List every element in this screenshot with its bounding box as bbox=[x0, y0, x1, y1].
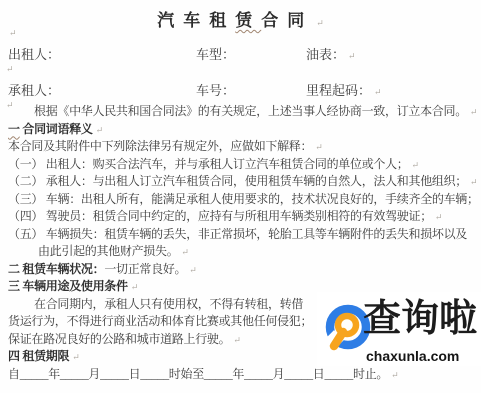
paragraph-mark: ↵ bbox=[470, 177, 478, 187]
section-2-heading: 二 租赁车辆状况：一切正常良好。↵ bbox=[8, 261, 481, 279]
intro-text: 根据《中华人民共和国合同法》的有关规定，上述当事人经协商一致，订立本合同。 bbox=[34, 104, 467, 118]
fuel-gauge-field: 油表：↵ bbox=[306, 44, 356, 63]
paragraph-mark: ↵ bbox=[412, 160, 420, 170]
document-title: 汽车租赁合同↵ bbox=[0, 6, 481, 31]
title-text-pre: 汽车租 bbox=[157, 11, 235, 30]
clause-item-2-text: （二） 承租人：与出租人订立汽车租赁合同，使用租赁车辆的自然人，法人和其他组织； bbox=[8, 174, 467, 188]
lessor-label-field: 出租人： bbox=[8, 44, 60, 63]
section-2-text: 一切正常良好。 bbox=[104, 262, 186, 276]
clause-item-1: （一） 出租人：购买合法汽车，并与承租人订立汽车租赁合同的单位或个人；↵ bbox=[8, 156, 481, 174]
section-2-label: 二 租赁车辆状况： bbox=[8, 262, 104, 276]
rental-period-blank-text: 自_____年_____月_____日_____时始至_____年_____月_… bbox=[8, 367, 388, 381]
plate-number-label: 车号： bbox=[196, 83, 235, 98]
paragraph-mark: ↵ bbox=[131, 282, 139, 292]
lessor-label: 出租人： bbox=[8, 47, 60, 62]
paragraph-mark: ↵ bbox=[181, 247, 189, 257]
section-1-lead-text: 本合同及其附件中下列除法律另有规定外，应做如下解释： bbox=[8, 139, 312, 153]
paragraph-mark: ↵ bbox=[391, 370, 399, 380]
plate-number-field: 车号： bbox=[196, 80, 235, 99]
paragraph-mark: ↵ bbox=[96, 125, 104, 135]
paragraph-mark: ↵ bbox=[189, 265, 197, 275]
section-3-paragraph-1-text: 在合同期内，承租人只有使用权，不得有转租，转借 bbox=[34, 297, 303, 311]
section-1-lead: 本合同及其附件中下列除法律另有规定外，应做如下解释：↵ bbox=[8, 138, 481, 156]
paragraph-mark: ↵ bbox=[348, 51, 356, 61]
clause-item-5: （五） 车辆损失：租赁车辆的丢失，非正常损坏，轮胎工具等车辆附件的丢失和损坏以及 bbox=[8, 226, 481, 244]
clause-item-5-continuation-text: 由此引起的其他财产损失。 bbox=[38, 244, 178, 258]
paragraph-mark: ↵ bbox=[6, 64, 14, 75]
rental-period-blank-line: 自_____年_____月_____日_____时始至_____年_____月_… bbox=[8, 366, 481, 384]
lessee-label: 承租人： bbox=[8, 83, 60, 98]
section-1-number: 一 bbox=[8, 122, 20, 136]
clause-item-2: （二） 承租人：与出租人订立汽车租赁合同，使用租赁车辆的自然人，法人和其他组织；… bbox=[8, 173, 481, 191]
section-1-title: 合同词语释义 bbox=[20, 122, 93, 136]
car-model-field: 车型： bbox=[196, 44, 235, 63]
clause-item-3-text: （三） 车辆：出租人所有，能满足承租人使用要求的，技术状况良好的，手续齐全的车辆… bbox=[8, 192, 479, 206]
paragraph-mark: ↵ bbox=[315, 142, 323, 152]
section-4-title-text: 四 租赁期限 bbox=[8, 349, 69, 363]
paragraph-mark: ↵ bbox=[435, 212, 443, 222]
paragraph-mark: ↵ bbox=[9, 28, 17, 39]
clause-item-5-text: （五） 车辆损失：租赁车辆的丢失，非正常损坏，轮胎工具等车辆附件的丢失和损坏以及 bbox=[8, 227, 467, 241]
clause-item-1-text: （一） 出租人：购买合法汽车，并与承租人订立汽车租赁合同的单位或个人； bbox=[8, 157, 409, 171]
section-3-paragraph-2-text: 货运行为，不得进行商业活动和体育比赛或其他任何侵犯； bbox=[8, 314, 312, 328]
watermark-domain: chaxunla.com bbox=[366, 348, 459, 364]
section-3-title-text: 三 车辆用途及使用条件 bbox=[8, 279, 128, 293]
title-text-squiggle: 赁 bbox=[235, 11, 261, 30]
paragraph-mark: ↵ bbox=[470, 107, 478, 117]
paragraph-mark: ↵ bbox=[316, 18, 324, 28]
clause-item-3: （三） 车辆：出租人所有，能满足承租人使用要求的，技术状况良好的，手续齐全的车辆… bbox=[8, 191, 481, 209]
watermark: 查询啦 chaxunla.com bbox=[317, 292, 481, 366]
watermark-brand-name: 查询啦 bbox=[363, 298, 477, 342]
fuel-gauge-label: 油表： bbox=[306, 47, 345, 62]
section-3-paragraph-3-text: 保证在路况良好的公路和城市道路上行驶。 bbox=[8, 332, 230, 346]
car-model-label: 车型： bbox=[196, 47, 235, 62]
paragraph-mark: ↵ bbox=[233, 335, 241, 345]
clause-item-5-continuation: 由此引起的其他财产损失。↵ bbox=[8, 243, 481, 261]
contract-document: 汽车租赁合同↵ ↵ ↵ ↵ 出租人： 车型： 油表：↵ 承租人： 车号： 里程起… bbox=[0, 0, 481, 393]
mileage-start-label: 里程起码： bbox=[306, 83, 371, 98]
clause-item-4: （四） 驾驶员：租赁合同中约定的，应持有与所租用车辆类别相符的有效驾驶证；↵ bbox=[8, 208, 481, 226]
clause-item-4-text: （四） 驾驶员：租赁合同中约定的，应持有与所租用车辆类别相符的有效驾驶证； bbox=[8, 209, 432, 223]
mileage-start-field: 里程起码：↵ bbox=[306, 80, 382, 99]
paragraph-mark: ↵ bbox=[72, 352, 80, 362]
paragraph-mark: ↵ bbox=[374, 87, 382, 97]
section-1-heading: 一 合同词语释义↵ bbox=[8, 121, 481, 139]
intro-paragraph: 根据《中华人民共和国合同法》的有关规定，上述当事人经协商一致，订立本合同。↵ bbox=[8, 103, 481, 121]
title-text-post: 合同 bbox=[261, 11, 313, 30]
lessee-label-field: 承租人： bbox=[8, 80, 60, 99]
